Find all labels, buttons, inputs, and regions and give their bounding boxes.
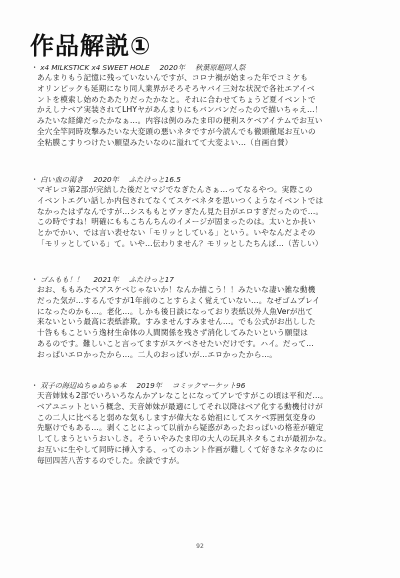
work-description: あんまりもう記憶に残っていないんですが、コロナ禍が始まった年でコミケも オリンピ…: [31, 73, 376, 149]
text-line: とかでかい、では言い表せない「モリッとしている」という。いやなんだよその: [37, 228, 376, 239]
page-number: 92: [0, 543, 400, 550]
page-title: 作品解説①: [30, 32, 151, 60]
text-line: オリンピックも延期になり同人業界がそろそろヤバイ三対な状況で各社エアイベ: [37, 84, 376, 95]
text-line: 毎回四苦八苦するのでした。余談ですが。: [37, 456, 376, 467]
text-line: この時ですね！明確にももこちんちんのイメージが固まったのは。太いとか長い: [37, 217, 376, 228]
work-commentary-4: ・双子の海辺ぬちゅぬちゅ本2019年コミックマーケット96 天音姉妹も2部でいろ…: [31, 381, 376, 467]
work-year: 2020年: [160, 63, 185, 72]
text-line: してしまうというおいしさ。そういやみたま印の大人の玩具ネタもこれが最初かな。: [37, 434, 376, 445]
text-line: 十咎ももこという逸材生命体の人間関係を残さず消化してみたいという願望は: [37, 328, 376, 339]
work-description: 天音姉妹も2部でいろいろなんかアレなことになってアレですがこの頃は平和だ…。 ベ…: [31, 391, 376, 467]
work-year: 2019年: [136, 381, 161, 390]
text-line: おっぱいエロかったから…。二人のおっぱいが…エロかったから…。: [37, 350, 376, 361]
text-line: あるのです。難しいこと言ってますがスケベさせたいだけです。ハイ。だって…: [37, 339, 376, 350]
work-event: ふたけっと17: [129, 275, 174, 284]
text-line: お互いに生やして同時に挿入する、ってのホント作画が難しくて好きなネタなのに: [37, 445, 376, 456]
text-line: この二人に比べると弱めな気もしますが偉大なる始祖にしてスケベ雰囲気変身の: [37, 413, 376, 424]
work-heading: ・x4 MILKSTICK x4 SWEET HOLE2020年秋葉原超同人祭: [31, 63, 376, 73]
text-line: イベントエグい話しか内包されてなくてスケベネタを思いつくようなイベントでは: [37, 196, 376, 207]
work-title: x4 MILKSTICK x4 SWEET HOLE: [40, 63, 149, 72]
work-commentary-2: ・白い血の渇き2020年ふたけっと16.5 マギレコ第2部が完結した後だとマジで…: [31, 175, 376, 250]
work-title: 双子の海辺ぬちゅぬちゅ本: [40, 381, 126, 390]
work-event: コミックマーケット96: [172, 381, 245, 390]
text-line: 「モリッとしている」て。いや…伝わりません？モリッとしたちんぽ…（苦しい）: [37, 239, 376, 250]
bullet-icon: ・: [31, 275, 38, 284]
work-commentary-1: ・x4 MILKSTICK x4 SWEET HOLE2020年秋葉原超同人祭 …: [31, 63, 376, 149]
text-line: 全粘膜こすりつけたい願望みたいなのに溢れてて大変よい…（自画自賛）: [37, 138, 376, 149]
work-event: 秋葉原超同人祭: [195, 63, 245, 72]
text-line: かえしナベア実装されてLHYヤがあんまりにもバンバンだったので描いちゃえ…！: [37, 105, 376, 116]
text-line: おお、ももみたベアスケベじゃないか！なんか描こう！！みたいな凄い雑な動機: [37, 285, 376, 296]
work-year: 2020年: [93, 175, 118, 184]
work-description: おお、ももみたベアスケベじゃないか！なんか描こう！！みたいな凄い雑な動機 だった…: [31, 285, 376, 361]
text-line: になったのかも…。老化…。しかも後日談になっており表紙以外人魚Verが出て: [37, 307, 376, 318]
work-heading: ・白い血の渇き2020年ふたけっと16.5: [31, 175, 376, 185]
text-line: なかったはずなんですが…シスももとヴァぎたん見た目がエロすぎだったので…。: [37, 207, 376, 218]
work-description: マギレコ第2部が完結した後だとマジでなぎたんさぁ…ってなるやつ。実際この イベン…: [31, 185, 376, 250]
bullet-icon: ・: [31, 175, 38, 184]
work-title: ゴムもも！！: [40, 275, 83, 284]
text-line: 先駆けでもある…。剥くことによって以前から疑惑があったおっぱいの格差が確定: [37, 423, 376, 434]
text-line: ベアユニットという概念、天音姉妹が最適にしてそれ以降はベア化する動機付けが: [37, 402, 376, 413]
work-heading: ・ゴムもも！！2021年ふたけっと17: [31, 275, 376, 285]
work-heading: ・双子の海辺ぬちゅぬちゅ本2019年コミックマーケット96: [31, 381, 376, 391]
work-title: 白い血の渇き: [40, 175, 83, 184]
text-line: 来ないという最高に表紙詐欺。すみませんすみません…。でも公式がお出しした: [37, 317, 376, 328]
work-commentary-3: ・ゴムもも！！2021年ふたけっと17 おお、ももみたベアスケベじゃないか！なん…: [31, 275, 376, 361]
text-line: あんまりもう記憶に残っていないんですが、コロナ禍が始まった年でコミケも: [37, 73, 376, 84]
text-line: 全穴全竿同時攻撃みたいな大変頭の悪いネタですが今読んでも徹頭徹尾お互いの: [37, 127, 376, 138]
text-line: みたいな経緯だったかなぁ…。内容は例のみたま印の便利スケベアイテムでお互い: [37, 116, 376, 127]
text-line: だった気が…するんですが1年前のことすらよく覚えていない…。なぜゴムプレイ: [37, 296, 376, 307]
work-year: 2021年: [93, 275, 118, 284]
work-event: ふたけっと16.5: [129, 175, 181, 184]
text-line: 天音姉妹も2部でいろいろなんかアレなことになってアレですがこの頃は平和だ…。: [37, 391, 376, 402]
afterword-page: 作品解説① ・x4 MILKSTICK x4 SWEET HOLE2020年秋葉…: [0, 0, 400, 578]
bullet-icon: ・: [31, 63, 38, 72]
text-line: マギレコ第2部が完結した後だとマジでなぎたんさぁ…ってなるやつ。実際この: [37, 185, 376, 196]
text-line: ントを模索し始めたあたりだったかなと。それに合わせてちょうど夏イベントで: [37, 95, 376, 106]
bullet-icon: ・: [31, 381, 38, 390]
